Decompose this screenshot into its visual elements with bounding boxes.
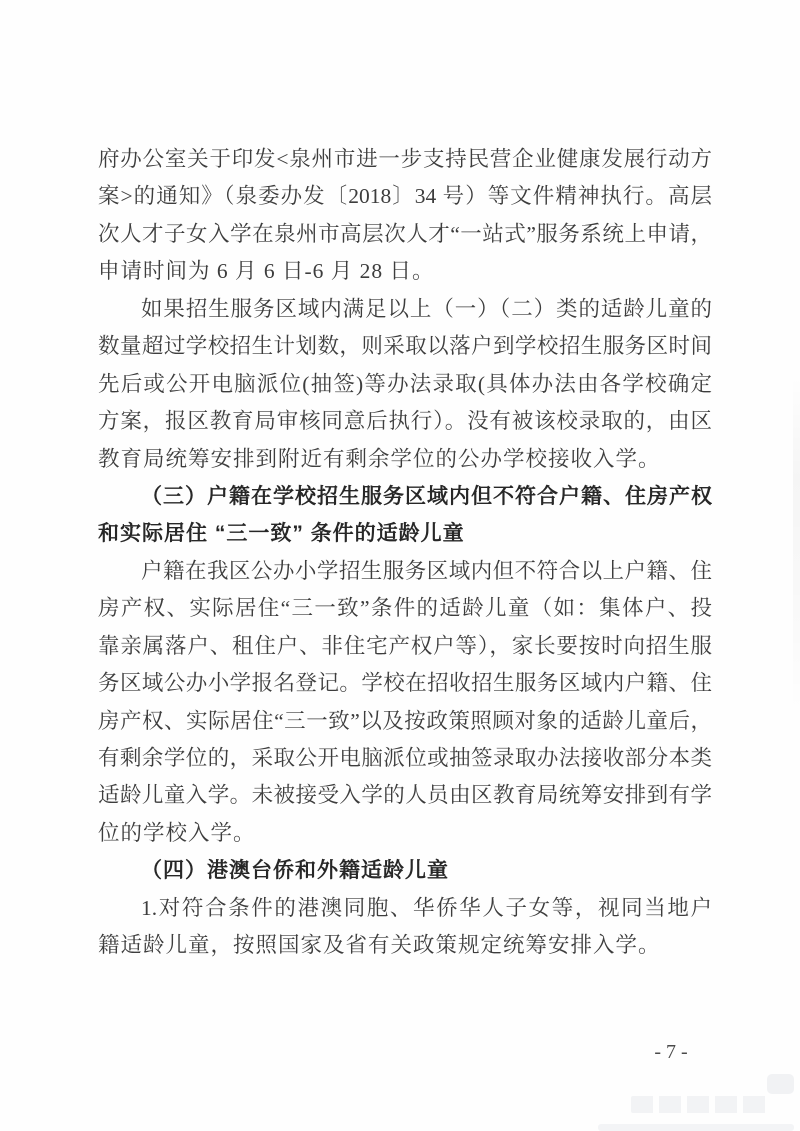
text-line: 位的学校入学。 (98, 815, 712, 852)
scan-edge-shade (793, 375, 800, 715)
text-line: 户籍在我区公办小学招生服务区域内但不符合以上户籍、住 (98, 553, 712, 590)
text-line: 籍适龄儿童，按照国家及省有关政策规定统筹安排入学。 (98, 927, 712, 964)
text-line: 房产权、实际居住“三一致”以及按政策照顾对象的适龄儿童后， (98, 703, 712, 740)
watermark-badge-icon (767, 1074, 794, 1094)
text-line: 方案，报区教育局审核同意后执行）。没有被该校录取的，由区 (98, 403, 712, 440)
text-line: （四）港澳台侨和外籍适龄儿童 (98, 852, 712, 889)
text-line: 申请时间为 6 月 6 日-6 月 28 日。 (98, 253, 712, 290)
text-line: 靠亲属落户、租住户、非住宅产权户等），家长要按时向招生服 (98, 628, 712, 665)
text-line: （三）户籍在学校招生服务区域内但不符合户籍、住房产权 (98, 478, 712, 515)
text-line: 房产权、实际居住“三一致”条件的适龄儿童（如：集体户、投 (98, 590, 712, 627)
text-line: 府办公室关于印发<泉州市进一步支持民营企业健康发展行动方 (98, 141, 712, 178)
text-line: 数量超过学校招生计划数，则采取以落户到学校招生服务区时间 (98, 328, 712, 365)
text-line: 如果招生服务区域内满足以上（一）（二）类的适龄儿童的 (98, 291, 712, 328)
text-line: 先后或公开电脑派位(抽签)等办法录取(具体办法由各学校确定 (98, 366, 712, 403)
text-line: 教育局统筹安排到附近有剩余学位的公办学校接收入学。 (98, 441, 712, 478)
text-line: 和实际居住 “三一致” 条件的适龄儿童 (98, 515, 712, 552)
page-number: - 7 - (641, 1039, 701, 1065)
document-page: 府办公室关于印发<泉州市进一步支持民营企业健康发展行动方案>的通知》（泉委办发〔… (0, 0, 800, 1131)
document-body: 府办公室关于印发<泉州市进一步支持民营企业健康发展行动方案>的通知》（泉委办发〔… (98, 141, 712, 965)
text-line: 适龄儿童入学。未被接受入学的人员由区教育局统筹安排到有学 (98, 777, 712, 814)
text-line: 有剩余学位的，采取公开电脑派位或抽签录取办法接收部分本类 (98, 740, 712, 777)
watermark-text (631, 1096, 771, 1113)
text-line: 1.对符合条件的港澳同胞、华侨华人子女等，视同当地户 (98, 890, 712, 927)
text-line: 案>的通知》（泉委办发〔2018〕34 号）等文件精神执行。高层 (98, 178, 712, 215)
text-line: 务区域公办小学报名登记。学校在招收招生服务区域内户籍、住 (98, 665, 712, 702)
text-line: 次人才子女入学在泉州市高层次人才“一站式”服务系统上申请， (98, 216, 712, 253)
watermark-bottom-strip (598, 1124, 794, 1131)
